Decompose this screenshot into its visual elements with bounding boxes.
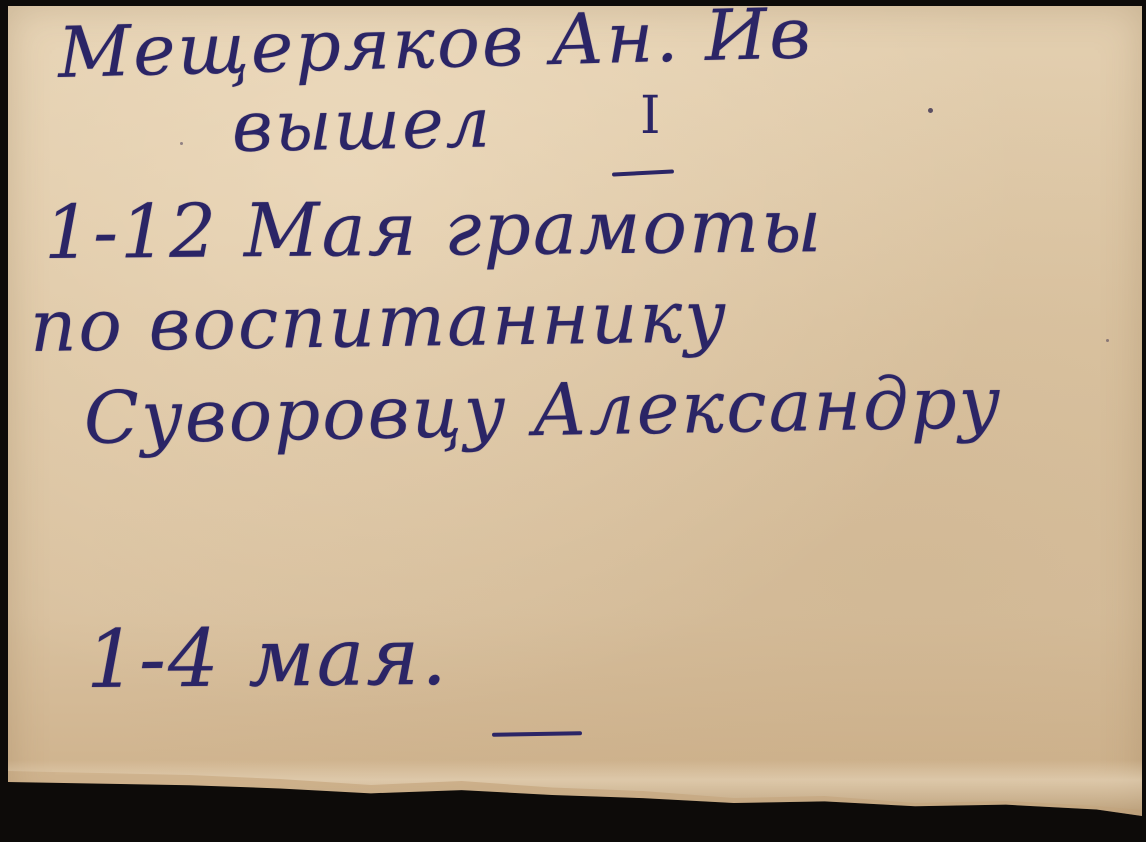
handwritten-line-recipient-name: Суворовцу Александру [83,366,1003,454]
roman-numeral-mark: I [640,86,661,146]
handwritten-line-name: Мещеряков Ан. Ив [57,0,813,88]
ink-speck [1106,339,1109,342]
handwritten-line-status: вышел [231,87,492,162]
ink-speck [180,142,183,145]
scanned-document: Мещеряков Ан. Ив вышел I 1-12 Мая грамот… [0,0,1146,842]
handwritten-line-dates: 1-12 Мая грамоты [44,189,824,270]
handwritten-line-date-range: 1-4 мая. [86,617,449,700]
handwritten-line-recipient-intro: по воспитаннику [29,280,728,362]
ink-speck [928,108,933,113]
